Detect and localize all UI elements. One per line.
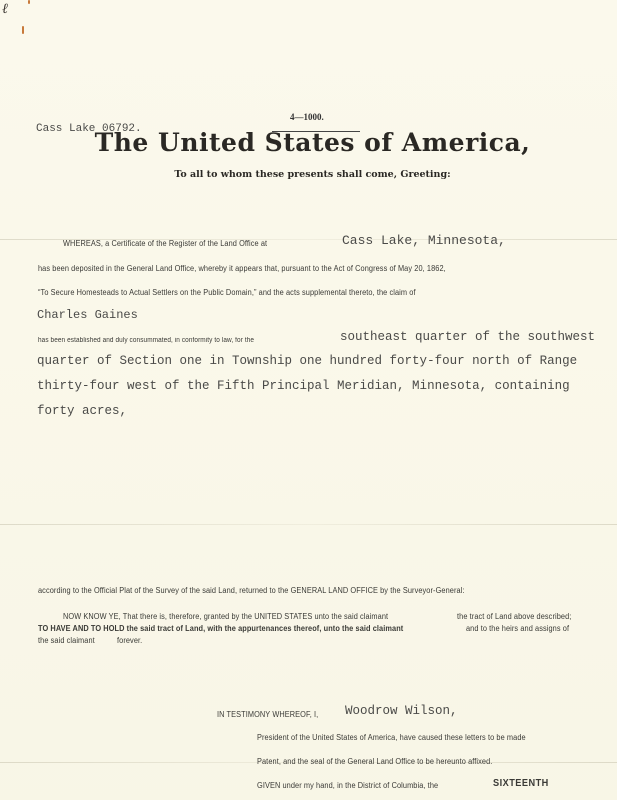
testimony-line-2: President of the United States of Americ… <box>257 733 526 742</box>
document-title: The United States of America, <box>0 128 617 157</box>
president-name: Woodrow Wilson, <box>345 704 458 718</box>
testimony-line-4-lead: GIVEN under my hand, in the District of … <box>257 781 438 790</box>
land-description-1: southeast quarter of the southwest <box>340 330 595 344</box>
ink-mark <box>28 0 30 4</box>
now-know-ye-line-1b: the tract of Land above described; <box>457 612 571 621</box>
corner-handwritten-mark: ℓ <box>2 2 8 18</box>
land-patent-page: ℓ Cass Lake 06792. 4—1000. The United St… <box>0 0 617 800</box>
land-description-4: forty acres, <box>37 404 127 418</box>
claimant-name: Charles Gaines <box>37 308 138 322</box>
form-number: 4—1000. <box>290 112 324 122</box>
whereas-line-3: “To Secure Homesteads to Actual Settlers… <box>38 288 416 297</box>
testimony-lead: IN TESTIMONY WHEREOF, I, <box>217 710 318 719</box>
testimony-line-3: Patent, and the seal of the General Land… <box>257 757 492 766</box>
land-description-2: quarter of Section one in Township one h… <box>37 354 577 368</box>
ink-mark <box>22 26 24 34</box>
whereas-line-5-lead: has been established and duly consummate… <box>38 337 254 344</box>
land-office-location: Cass Lake, Minnesota, <box>342 233 506 248</box>
whereas-lead: WHEREAS, a Certificate of the Register o… <box>63 239 267 248</box>
now-know-ye-line-2a: TO HAVE AND TO HOLD the said tract of La… <box>38 624 403 633</box>
now-know-ye-line-3a: the said claimant <box>38 636 95 645</box>
given-day: SIXTEENTH <box>493 778 549 789</box>
plat-line: according to the Official Plat of the Su… <box>38 586 465 595</box>
fold-line <box>0 524 617 525</box>
greeting-line: To all to whom these presents shall come… <box>0 169 617 180</box>
now-know-ye-line-3b: forever. <box>117 636 142 645</box>
whereas-line-2: has been deposited in the General Land O… <box>38 264 576 273</box>
land-description-3: thirty-four west of the Fifth Principal … <box>37 379 570 393</box>
now-know-ye-line-2b: and to the heirs and assigns of <box>466 624 569 633</box>
now-know-ye-line-1a: NOW KNOW YE, That there is, therefore, g… <box>63 612 388 621</box>
